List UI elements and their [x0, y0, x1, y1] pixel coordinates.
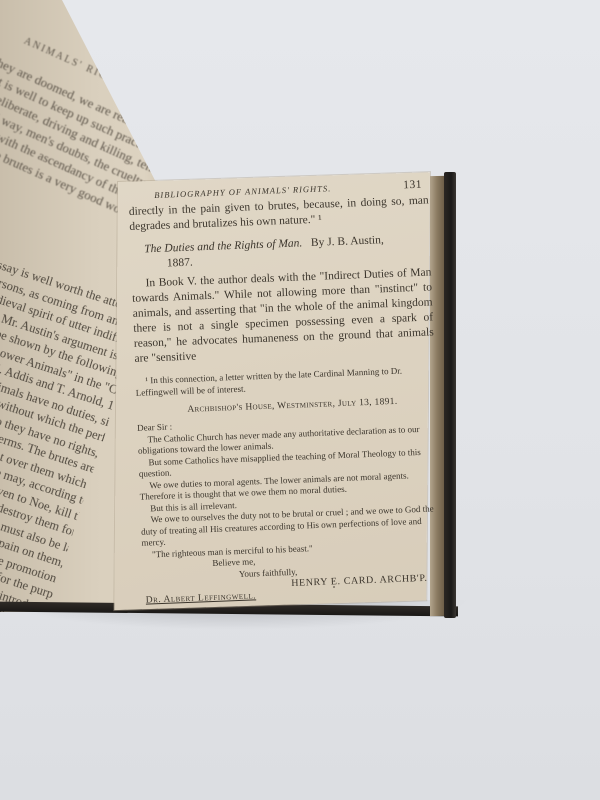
left-page-upper-text: ANIMALS' RIGHTS. those they are doomed, … [0, 40, 180, 134]
page-number: 131 [403, 179, 422, 192]
paper-speck [333, 586, 335, 588]
book-cover-edge [444, 172, 456, 618]
entry-summary: In Book V. the author deals with the "In… [131, 265, 434, 366]
entry-author: By J. B. Austin, [311, 234, 384, 249]
letter-body: Dear Sir : The Catholic Church has never… [137, 411, 444, 606]
right-page-content: Bibliography of Animals' Rights. 131 dir… [128, 178, 444, 606]
footnote: ¹ In this connection, a letter written b… [135, 363, 436, 398]
photo-scene: ANIMALS' RIGHTS. those they are doomed, … [0, 0, 600, 800]
